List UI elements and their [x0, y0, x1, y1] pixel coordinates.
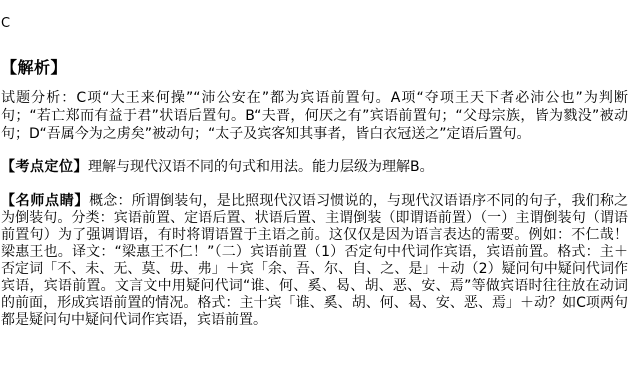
exam-point-paragraph: 【考点定位】理解与现代汉语不同的句式和用法。能力层级为理解B。: [1, 158, 628, 176]
analysis-body: 试题分析：C项“大王来何操”“沛公安在”都为宾语前置句。A项“夺项王天下者必沛公…: [1, 89, 628, 143]
teacher-tips-body: 概念：所谓倒装句，是比照现代汉语习惯说的，与现代汉语语序不同的句子，我们称之为倒…: [1, 193, 628, 328]
analysis-section-heading: 【解析】: [1, 55, 628, 78]
teacher-tips-heading: 【名师点睛】: [1, 193, 89, 209]
exam-point-body: 理解与现代汉语不同的句式和用法。能力层级为理解B。: [88, 159, 434, 175]
exam-point-heading: 【考点定位】: [1, 159, 88, 175]
answer-letter: C: [1, 16, 628, 31]
teacher-tips-paragraph: 【名师点睛】概念：所谓倒装句，是比照现代汉语习惯说的，与现代汉语语序不同的句子，…: [1, 193, 628, 329]
